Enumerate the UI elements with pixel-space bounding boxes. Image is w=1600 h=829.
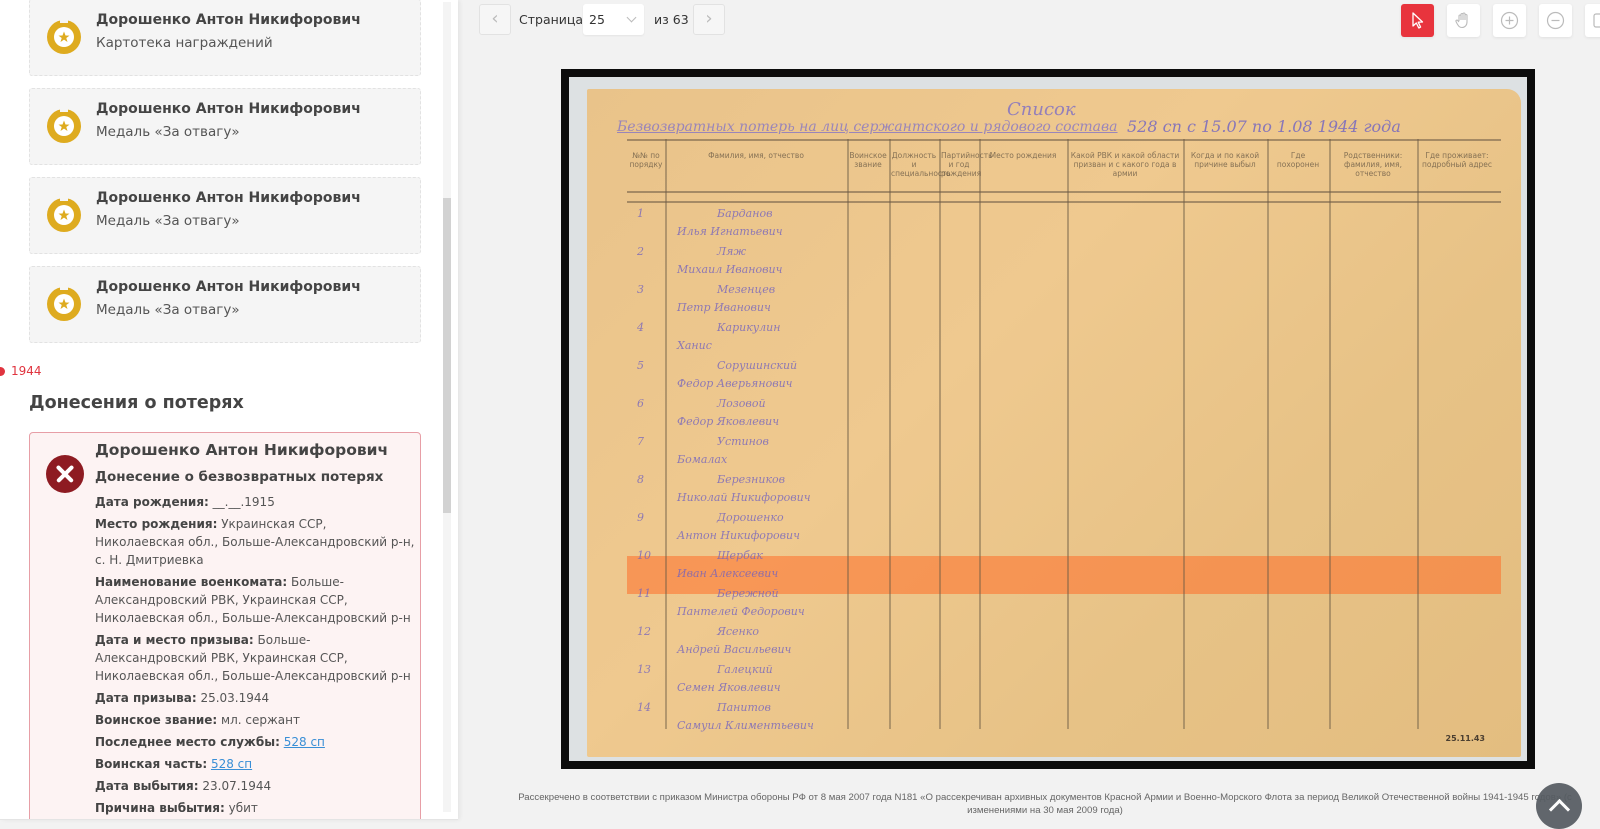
document-title: Список — [1007, 99, 1076, 120]
timeline-dot-icon — [0, 367, 5, 376]
award-type: Картотека награждений — [96, 35, 273, 51]
document-unit-period: 528 сп с 15.07 по 1.08 1944 года — [1127, 117, 1401, 136]
award-type: Медаль «За отвагу» — [96, 213, 240, 229]
total-pages-label: из 63 — [654, 12, 689, 27]
table-row-divider — [627, 139, 1501, 141]
table-column-divider — [665, 139, 667, 729]
loss-field: Последнее место службы: 528 сп — [95, 733, 415, 751]
table-column-header: Должность и специальность — [891, 151, 937, 178]
field-label: Причина выбытия: — [95, 801, 225, 815]
chevron-left-icon: ‹ — [491, 8, 498, 29]
record-surname: Бережной — [717, 587, 779, 600]
medal-icon — [45, 284, 83, 322]
record-surname: Барданов — [717, 207, 772, 220]
medal-icon — [45, 106, 83, 144]
record-given-names: Петр Иванович — [677, 301, 771, 314]
document-table: №№ по порядкуФамилия, имя, отчествоВоинс… — [627, 139, 1501, 729]
cursor-icon — [1408, 11, 1427, 30]
record-given-names: Семен Яковлевич — [677, 681, 781, 694]
fit-page-button[interactable] — [1585, 4, 1600, 37]
record-number: 7 — [637, 435, 644, 448]
loss-person-name: Дорошенко Антон Никифорович — [95, 441, 388, 459]
record-number: 5 — [637, 359, 644, 372]
table-column-header: Где проживает: подробный адрес — [1419, 151, 1495, 169]
field-label: Место рождения: — [95, 517, 217, 531]
archive-viewer: Дорошенко Антон НикифоровичКартотека наг… — [0, 0, 1600, 829]
record-number: 10 — [637, 549, 651, 562]
award-card[interactable]: Дорошенко Антон НикифоровичМедаль «За от… — [29, 177, 421, 254]
loss-report-fields: Дата рождения: __.__.1915Место рождения:… — [95, 489, 415, 817]
record-surname: Лозовой — [717, 397, 766, 410]
pan-tool-button[interactable] — [1447, 4, 1480, 37]
loss-field: Дата выбытия: 23.07.1944 — [95, 777, 415, 795]
loss-field: Место рождения: Украинская ССР, Николаев… — [95, 515, 415, 569]
select-tool-button[interactable] — [1401, 4, 1434, 37]
loss-field: Причина выбытия: убит — [95, 799, 415, 817]
chevron-down-icon — [627, 13, 637, 23]
field-label: Дата рождения: — [95, 495, 209, 509]
record-surname: Панитов — [717, 701, 771, 714]
table-column-divider — [939, 139, 941, 729]
table-row-divider — [627, 201, 1501, 203]
document-scan-background: Список Безвозвратных потерь на лиц сержа… — [569, 77, 1527, 761]
table-column-header: Родственники: фамилия, имя, отчество — [1331, 151, 1415, 178]
award-type: Медаль «За отвагу» — [96, 124, 240, 140]
page-select[interactable]: 25 — [583, 4, 644, 35]
award-person-name: Дорошенко Антон Никифорович — [96, 101, 361, 117]
document-viewer[interactable]: Список Безвозвратных потерь на лиц сержа… — [561, 69, 1535, 769]
document-scan-image: Список Безвозвратных потерь на лиц сержа… — [587, 89, 1521, 757]
record-surname: Березников — [717, 473, 785, 486]
table-column-header: Какой РВК и какой области призван и с ка… — [1069, 151, 1181, 178]
record-given-names: Самуил Климентьевич — [677, 719, 814, 732]
field-value: 25.03.1944 — [200, 691, 269, 705]
record-given-names: Федор Аверьянович — [677, 377, 793, 390]
record-surname: Сорушинский — [717, 359, 797, 372]
record-number: 14 — [637, 701, 651, 714]
table-column-header: Когда и по какой причине выбыл — [1185, 151, 1265, 169]
table-column-header: Воинское звание — [849, 151, 887, 169]
table-row-divider — [627, 191, 1501, 193]
record-given-names: Илья Игнатьевич — [677, 225, 783, 238]
table-column-divider — [1183, 139, 1185, 729]
field-label: Воинская часть: — [95, 757, 207, 771]
record-surname: Ляж — [717, 245, 746, 258]
loss-report-card[interactable]: Дорошенко Антон Никифорович Донесение о … — [29, 432, 421, 820]
record-given-names: Ханис — [677, 339, 712, 352]
page-label: Страница: — [519, 12, 587, 27]
loss-field: Дата рождения: __.__.1915 — [95, 493, 415, 511]
hand-icon — [1454, 11, 1473, 30]
record-surname: Дорошенко — [717, 511, 784, 524]
scroll-to-top-button[interactable] — [1536, 783, 1582, 829]
document-subtitle: Безвозвратных потерь на лиц сержантского… — [617, 119, 1118, 135]
table-column-header: №№ по порядку — [629, 151, 663, 169]
loss-field: Дата призыва: 25.03.1944 — [95, 689, 415, 707]
record-surname: Щербак — [717, 549, 763, 562]
chevron-right-icon: › — [705, 8, 712, 29]
zoom-in-icon — [1500, 11, 1519, 30]
field-value: убит — [229, 801, 258, 815]
x-circle-icon — [46, 455, 84, 493]
table-column-divider — [889, 139, 891, 729]
record-number: 1 — [637, 207, 644, 220]
section-title-losses: Донесения о потерях — [29, 393, 244, 413]
unit-link[interactable]: 528 сп — [284, 735, 325, 749]
record-number: 8 — [637, 473, 644, 486]
record-given-names: Андрей Васильевич — [677, 643, 791, 656]
table-column-divider — [1267, 139, 1269, 729]
declassification-note: Рассекречено в соответствии с приказом М… — [490, 791, 1600, 817]
table-column-header: Где похоронен — [1269, 151, 1327, 169]
record-number: 13 — [637, 663, 651, 676]
medal-icon — [45, 17, 83, 55]
loss-field: Воинское звание: мл. сержант — [95, 711, 415, 729]
timeline-year-marker: 1944 — [0, 364, 42, 378]
timeline-year: 1944 — [11, 364, 42, 378]
award-card[interactable]: Дорошенко Антон НикифоровичКартотека наг… — [29, 0, 421, 76]
field-label: Дата и место призыва: — [95, 633, 254, 647]
record-surname: Устинов — [717, 435, 769, 448]
award-person-name: Дорошенко Антон Никифорович — [96, 279, 361, 295]
record-number: 6 — [637, 397, 644, 410]
record-number: 3 — [637, 283, 644, 296]
award-person-name: Дорошенко Антон Никифорович — [96, 190, 361, 206]
record-number: 2 — [637, 245, 644, 258]
loss-report-type: Донесение о безвозвратных потерях — [95, 469, 383, 485]
table-column-divider — [1067, 139, 1069, 729]
award-card[interactable]: Дорошенко Антон НикифоровичМедаль «За от… — [29, 88, 421, 165]
record-given-names: Михаил Иванович — [677, 263, 782, 276]
prev-page-button[interactable]: ‹ — [479, 4, 511, 35]
record-number: 12 — [637, 625, 651, 638]
award-card[interactable]: Дорошенко Антон НикифоровичМедаль «За от… — [29, 266, 421, 343]
records-panel: Дорошенко Антон НикифоровичКартотека наг… — [0, 0, 458, 820]
table-column-header: Партийность и год рождения — [941, 151, 977, 178]
record-number: 9 — [637, 511, 644, 524]
award-type: Медаль «За отвагу» — [96, 302, 240, 318]
zoom-out-icon — [1546, 11, 1565, 30]
field-value: __.__.1915 — [213, 495, 275, 509]
table-column-divider — [1417, 139, 1419, 729]
record-given-names: Николай Никифорович — [677, 491, 811, 504]
field-value: 23.07.1944 — [202, 779, 271, 793]
record-number: 11 — [637, 587, 651, 600]
table-column-divider — [1329, 139, 1331, 729]
loss-field: Дата и место призыва: Больше-Александров… — [95, 631, 415, 685]
record-given-names: Бомалах — [677, 453, 727, 466]
record-given-names: Иван Алексеевич — [677, 567, 778, 580]
field-label: Дата призыва: — [95, 691, 197, 705]
table-column-divider — [979, 139, 981, 729]
table-column-header: Фамилия, имя, отчество — [667, 151, 845, 160]
record-number: 4 — [637, 321, 644, 334]
current-page-value: 25 — [589, 12, 605, 27]
next-page-button[interactable]: › — [693, 4, 725, 35]
field-label: Дата выбытия: — [95, 779, 199, 793]
award-person-name: Дорошенко Антон Никифорович — [96, 12, 361, 28]
field-value: мл. сержант — [221, 713, 300, 727]
fit-page-icon — [1592, 11, 1600, 30]
record-surname: Мезенцев — [717, 283, 775, 296]
record-given-names: Антон Никифорович — [677, 529, 800, 542]
record-surname: Галецкий — [717, 663, 773, 676]
document-stamp-date: 25.11.43 — [1446, 734, 1485, 743]
table-column-header: Место рождения — [981, 151, 1065, 160]
loss-field: Наименование военкомата: Больше-Александ… — [95, 573, 415, 627]
field-label: Воинское звание: — [95, 713, 217, 727]
panel-scrollbar-thumb[interactable] — [443, 198, 451, 513]
record-surname: Карикулин — [717, 321, 780, 334]
zoom-in-button[interactable] — [1493, 4, 1526, 37]
record-given-names: Пантелей Федорович — [677, 605, 805, 618]
record-given-names: Федор Яковлевич — [677, 415, 779, 428]
field-label: Наименование военкомата: — [95, 575, 287, 589]
unit-link[interactable]: 528 сп — [211, 757, 252, 771]
medal-icon — [45, 195, 83, 233]
field-label: Последнее место службы: — [95, 735, 280, 749]
record-surname: Ясенко — [717, 625, 759, 638]
table-column-divider — [847, 139, 849, 729]
loss-field: Воинская часть: 528 сп — [95, 755, 415, 773]
zoom-out-button[interactable] — [1539, 4, 1572, 37]
